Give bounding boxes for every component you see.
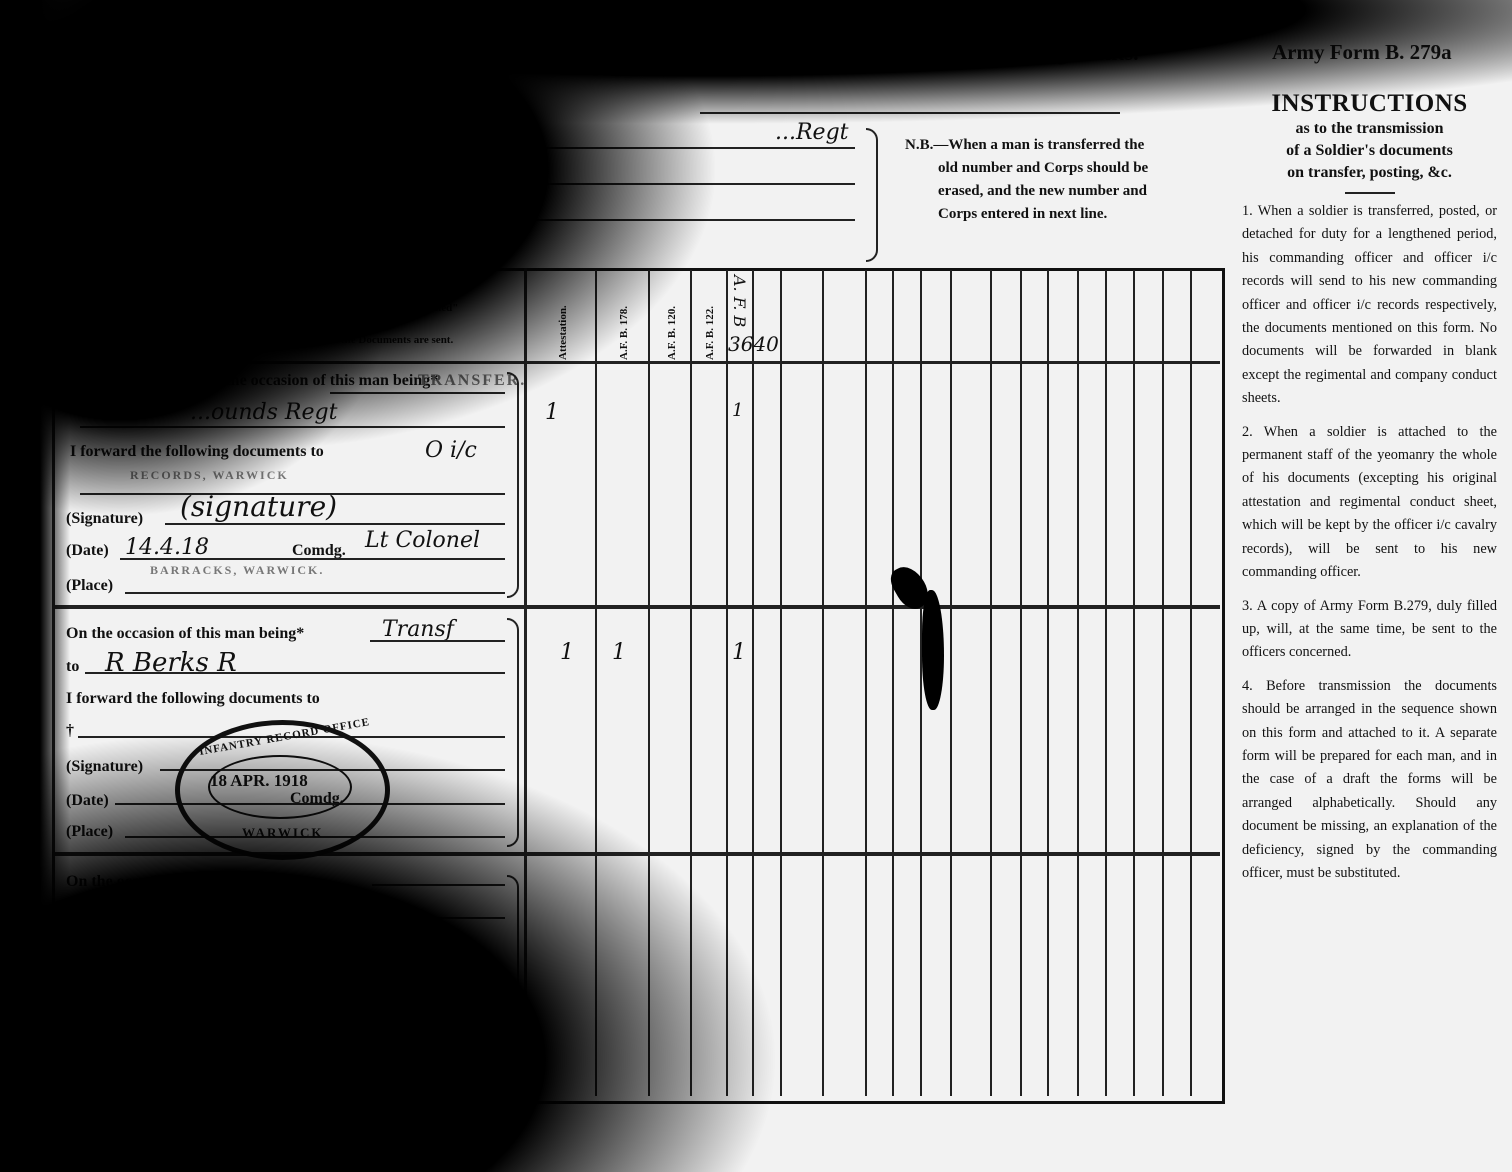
tick-afb122: 1: [732, 640, 746, 665]
column-rule: [892, 270, 894, 1096]
place-label: (Place): [66, 577, 113, 595]
field-line: [330, 392, 505, 394]
column-header-handwritten: A. F. B: [730, 275, 749, 327]
column-rule: [990, 270, 992, 1096]
tick-attestation: 1: [545, 400, 559, 425]
row-divider: [52, 605, 1220, 609]
occasion-value: Transf: [382, 617, 454, 642]
forward-label: I forward the following documents to: [70, 443, 324, 461]
column-rule: [950, 270, 952, 1096]
instructions-subtitle: of a Soldier's documents: [1242, 140, 1497, 162]
date-value: 14.4.18: [125, 535, 209, 560]
field-line: [500, 183, 855, 185]
instruction-4: 4. Before transmission the documents sho…: [1242, 675, 1497, 886]
column-rule: [1190, 270, 1192, 1096]
brace: [866, 128, 878, 262]
occasion-label: On the occasion of this man being*: [200, 372, 438, 390]
documents-table: [52, 268, 1225, 1104]
rule: [700, 112, 1120, 114]
column-divider: [524, 268, 527, 1098]
header-note-2: ... the Documents are sent.: [330, 334, 453, 346]
header-note-1: ... or "detached": [380, 302, 458, 314]
field-line: [165, 523, 505, 525]
brace: [507, 372, 519, 598]
column-rule: [920, 270, 922, 1096]
field-line: [80, 917, 505, 919]
dagger-value: RECORDS, WARWICK: [130, 468, 289, 483]
dagger-label: †: [66, 722, 74, 740]
note-line: N.B.—When a man is transferred the: [905, 137, 1144, 153]
forward-value: O i/c: [425, 438, 477, 463]
occasion-label: On the occasion of this man being*: [66, 625, 304, 643]
field-line: [120, 558, 505, 560]
column-rule: [1047, 270, 1049, 1096]
field-line: [370, 640, 505, 642]
tick-afb3640: 1: [732, 400, 743, 421]
column-rule: [648, 270, 650, 1096]
brace: [507, 875, 519, 1094]
field-line: [85, 672, 505, 674]
column-rule: [752, 270, 754, 1096]
signature-value: (signature): [180, 490, 337, 523]
column-rule: [1162, 270, 1164, 1096]
row-divider: [52, 361, 1220, 364]
field-line: [80, 983, 505, 985]
forward-label: I forward the following documents to: [66, 690, 320, 708]
form-title: ...for Normal Engagements.: [880, 40, 1139, 66]
row-divider: [52, 852, 1220, 856]
signature-label: (Signature): [66, 758, 143, 776]
column-rule: [595, 270, 597, 1096]
instruction-3: 3. A copy of Army Form B.279, duly fille…: [1242, 595, 1497, 665]
column-rule: [1077, 270, 1079, 1096]
column-rule: [690, 270, 692, 1096]
tick-attestation: 1: [560, 640, 574, 665]
column-header-afb178: A.F. B. 178.: [614, 275, 634, 360]
instruction-2: 2. When a soldier is attached to the per…: [1242, 421, 1497, 585]
column-header-attestation: Attestation.: [553, 275, 573, 360]
divider: [1345, 192, 1395, 194]
forward-label: I forward the following documents to: [66, 938, 320, 956]
to-label: to: [66, 658, 79, 676]
table-left-border: [52, 268, 55, 1098]
date-label: (Date): [66, 792, 109, 810]
signature-label: (Signature): [66, 510, 143, 528]
instruction-1: 1. When a soldier is transferred, posted…: [1242, 200, 1497, 411]
field-line: [372, 884, 505, 886]
field-line: [500, 147, 855, 149]
record-office-stamp: INFANTRY RECORD OFFICE 18 APR. 1918 WARW…: [175, 720, 390, 860]
column-header-handwritten-number: 3640: [728, 332, 779, 356]
column-header-afb122: A.F. B. 122.: [700, 275, 720, 360]
column-rule: [865, 270, 867, 1096]
instructions-subtitle: on transfer, posting, &c.: [1242, 162, 1497, 184]
instructions-subtitle: as to the transmission: [1242, 118, 1497, 140]
column-rule: [1133, 270, 1135, 1096]
instructions-title: INSTRUCTIONS: [1242, 90, 1497, 118]
date-label: (Date): [66, 542, 109, 560]
transfer-note: N.B.—When a man is transferred the old n…: [905, 134, 1210, 226]
note-line: Corps entered in next line.: [905, 203, 1210, 226]
brace: [507, 618, 519, 847]
note-line: erased, and the new number and: [905, 180, 1210, 203]
occasion-label: On the occasion of this man being*: [66, 873, 304, 891]
note-line: old number and Corps should be: [905, 157, 1210, 180]
place-label: (Place): [66, 823, 113, 841]
instructions-panel: INSTRUCTIONS as to the transmission of a…: [1242, 90, 1497, 895]
column-rule: [1105, 270, 1107, 1096]
handwritten-regiment: ...Regt: [775, 120, 849, 145]
column-rule: [726, 270, 728, 1096]
column-header-afb120: A.F. B. 120.: [662, 275, 682, 360]
stamp-text-bottom: WARWICK: [242, 825, 323, 841]
tick-afb178: 1: [612, 640, 626, 665]
field-line: [80, 426, 505, 428]
column-rule: [822, 270, 824, 1096]
to-value: ...ounds Regt: [190, 400, 337, 425]
column-rule: [780, 270, 782, 1096]
form-number: Army Form B. 279a: [1272, 40, 1452, 65]
field-line: [500, 219, 855, 221]
column-rule: [1020, 270, 1022, 1096]
place-value: BARRACKS, WARWICK.: [150, 563, 324, 578]
stamp-date: 18 APR. 1918: [210, 771, 308, 791]
field-line: [125, 592, 505, 594]
comdg-value: Lt Colonel: [365, 528, 480, 553]
